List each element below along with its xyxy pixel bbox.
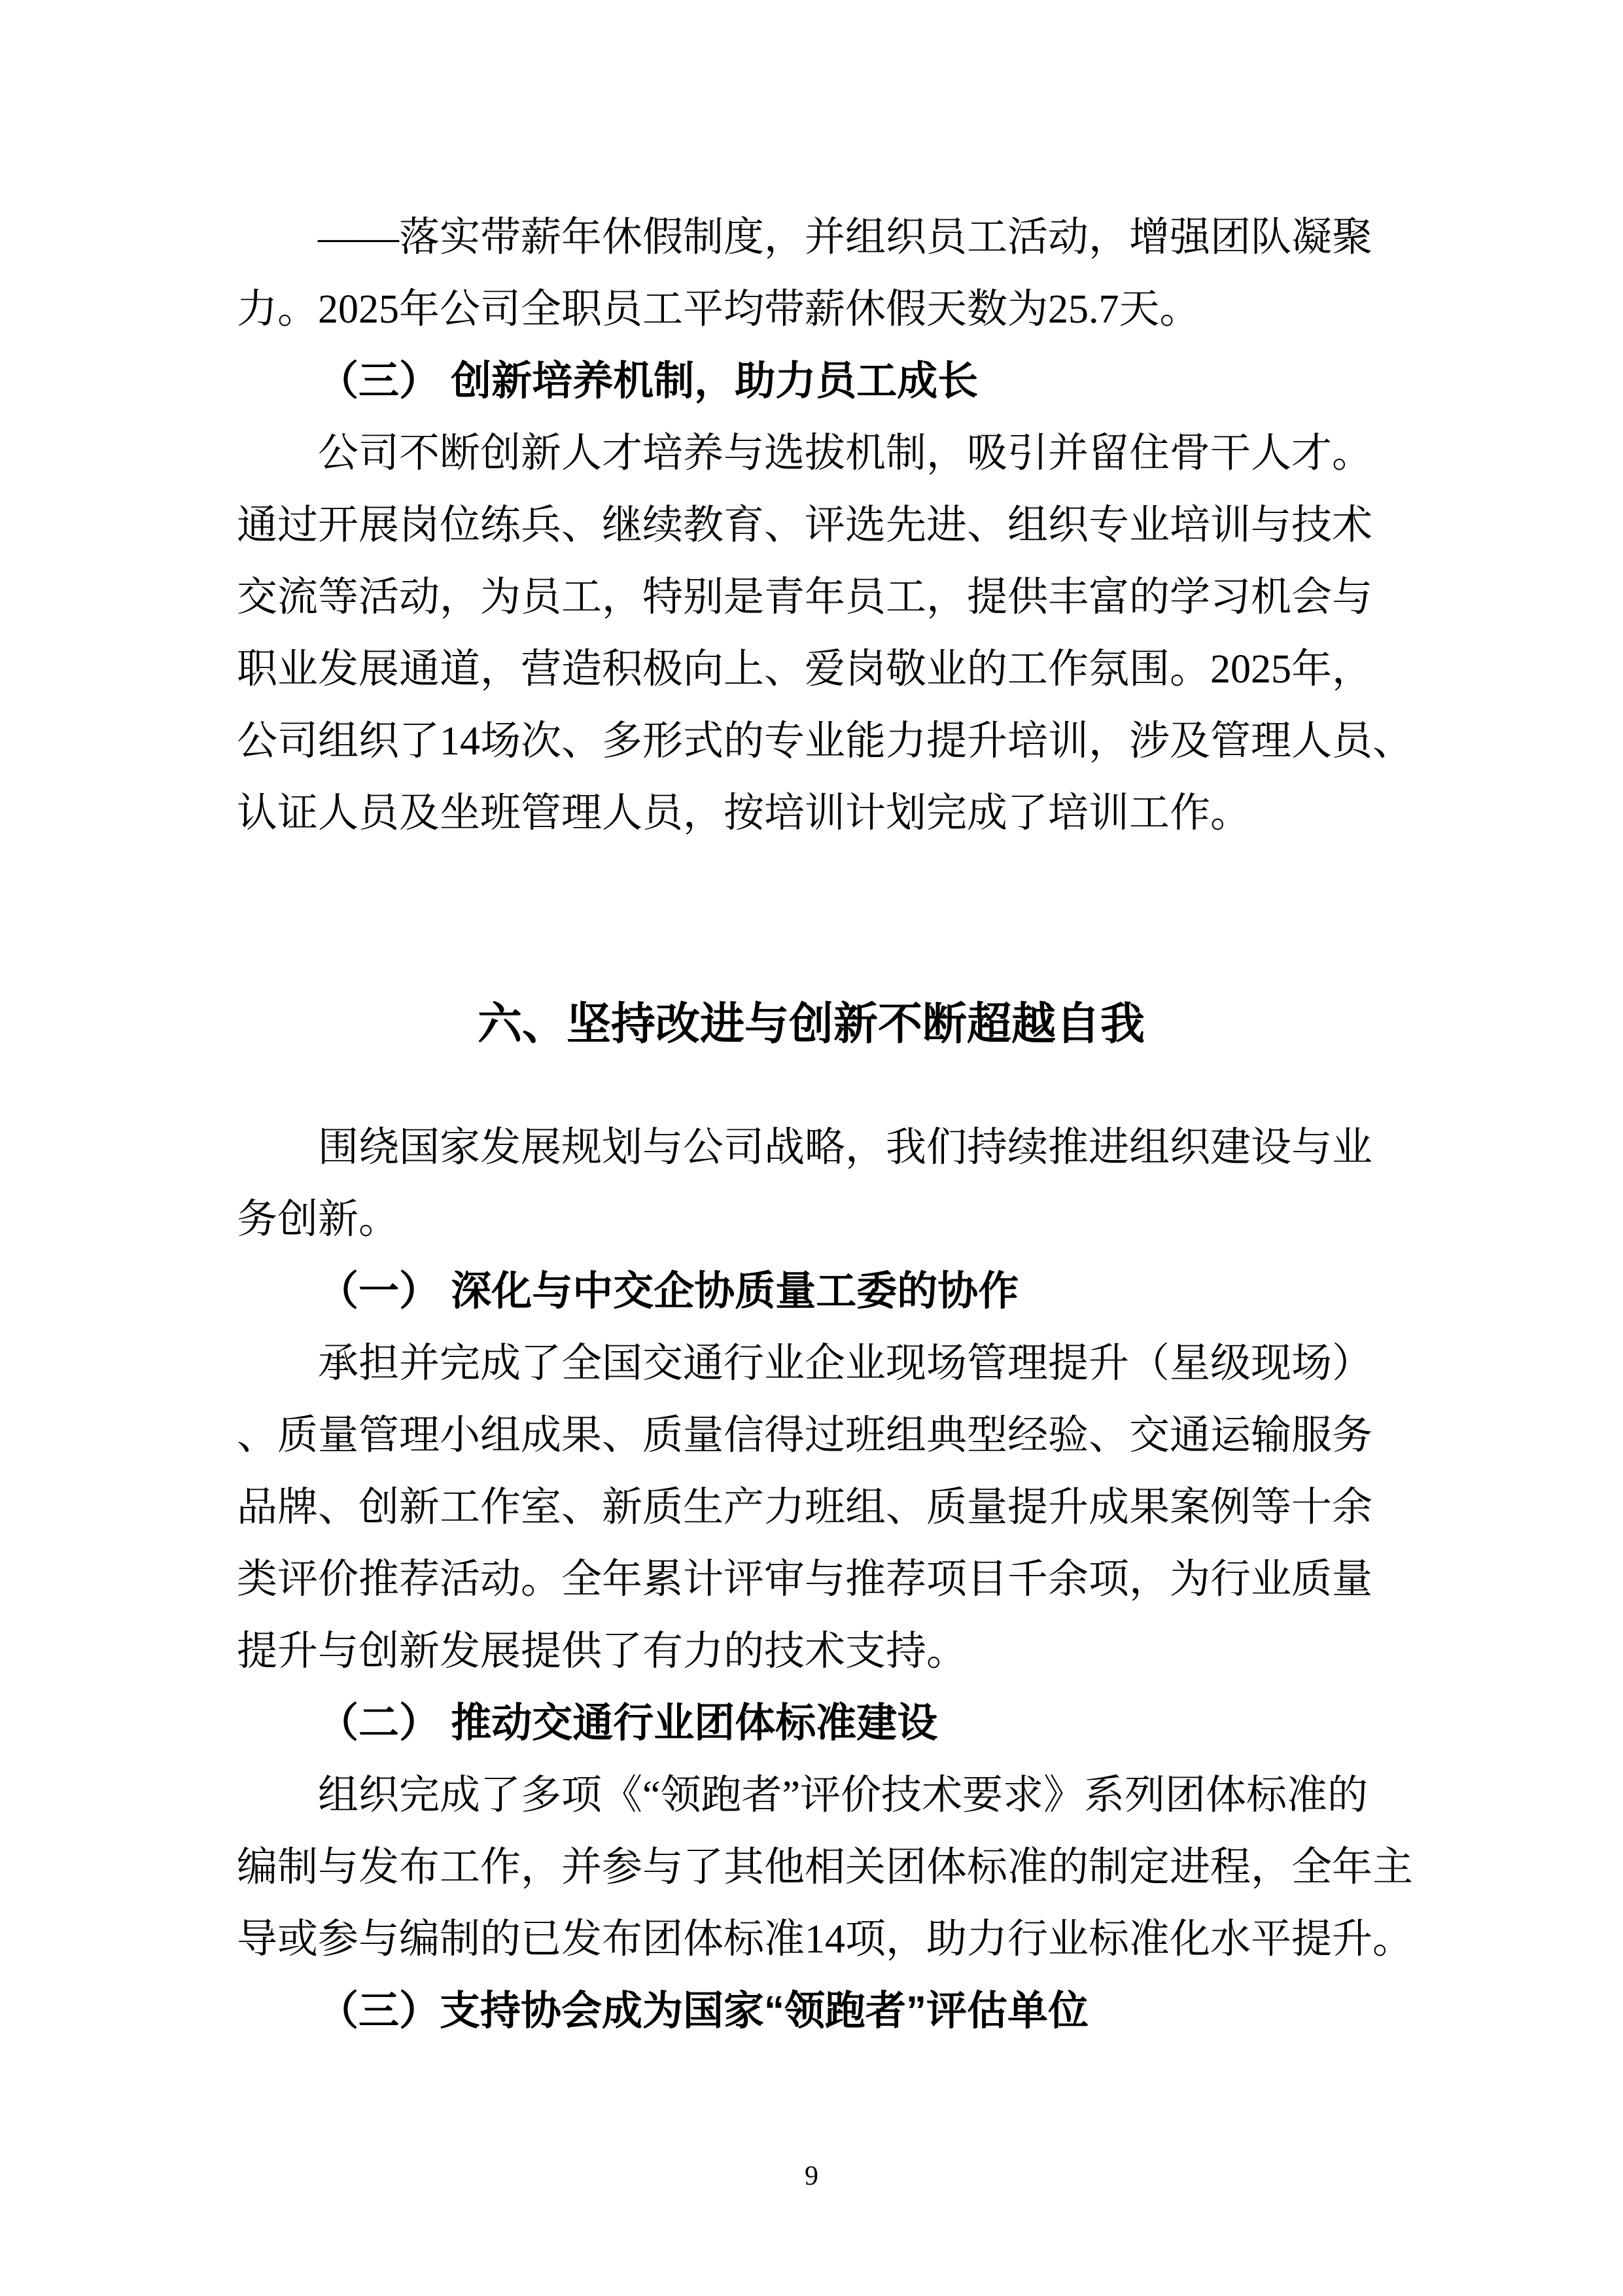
text-line: 导或参与编制的已发布团体标准14项，助力行业标准化水平提升。 bbox=[237, 1903, 1386, 1975]
text-line: 编制与发布工作，并参与了其他相关团体标准的制定进程，全年主 bbox=[237, 1831, 1386, 1903]
text-line: 类评价推荐活动。全年累计评审与推荐项目千余项，为行业质量 bbox=[237, 1544, 1386, 1616]
text-line: 力。2025年公司全职员工平均带薪休假天数为25.7天。 bbox=[237, 274, 1386, 345]
text-line: 交流等活动，为员工，特别是青年员工，提供丰富的学习机会与 bbox=[237, 561, 1386, 633]
paragraph: ——落实带薪年休假制度，并组织员工活动，增强团队凝聚力。2025年公司全职员工平… bbox=[237, 202, 1386, 345]
text-line: 围绕国家发展规划与公司战略，我们持续推进组织建设与业 bbox=[237, 1112, 1386, 1184]
text-line: 、质量管理小组成果、质量信得过班组典型经验、交通运输服务 bbox=[237, 1400, 1386, 1472]
text-line: 通过开展岗位练兵、继续教育、评选先进、组织专业培训与技术 bbox=[237, 489, 1386, 561]
text-line: 公司组织了14场次、多形式的专业能力提升培训，涉及管理人员、 bbox=[237, 705, 1386, 777]
text-line: 认证人员及坐班管理人员，按培训计划完成了培训工作。 bbox=[237, 777, 1386, 849]
text-line: 公司不断创新人才培养与选拔机制，吸引并留住骨干人才。 bbox=[237, 417, 1386, 489]
chapter-heading: 六、坚持改进与创新不断超越自我 bbox=[237, 981, 1386, 1067]
text-line: 品牌、创新工作室、新质生产力班组、质量提升成果案例等十余 bbox=[237, 1472, 1386, 1544]
page-footer: 9 bbox=[0, 2161, 1623, 2192]
text-line: 承担并完成了全国交通行业企业现场管理提升（星级现场） bbox=[237, 1328, 1386, 1400]
text-line: 务创新。 bbox=[237, 1184, 1386, 1256]
paragraph: 公司不断创新人才培养与选拔机制，吸引并留住骨干人才。通过开展岗位练兵、继续教育、… bbox=[237, 417, 1386, 849]
document-page: ——落实带薪年休假制度，并组织员工活动，增强团队凝聚力。2025年公司全职员工平… bbox=[0, 0, 1623, 2296]
subsection-heading: （三）支持协会成为国家“领跑者”评估单位 bbox=[237, 1975, 1386, 2047]
text-line: 组织完成了多项《“领跑者”评价技术要求》系列团体标准的 bbox=[237, 1759, 1386, 1831]
page-number: 9 bbox=[805, 2161, 818, 2191]
paragraph: 承担并完成了全国交通行业企业现场管理提升（星级现场）、质量管理小组成果、质量信得… bbox=[237, 1328, 1386, 1687]
subsection-heading: （一） 深化与中交企协质量工委的协作 bbox=[237, 1256, 1386, 1328]
paragraph: 组织完成了多项《“领跑者”评价技术要求》系列团体标准的编制与发布工作，并参与了其… bbox=[237, 1759, 1386, 1975]
text-line: 提升与创新发展提供了有力的技术支持。 bbox=[237, 1616, 1386, 1687]
text-line: ——落实带薪年休假制度，并组织员工活动，增强团队凝聚 bbox=[237, 202, 1386, 274]
document-content: ——落实带薪年休假制度，并组织员工活动，增强团队凝聚力。2025年公司全职员工平… bbox=[237, 202, 1386, 2047]
subsection-heading: （二） 推动交通行业团体标准建设 bbox=[237, 1687, 1386, 1759]
subsection-heading: （三） 创新培养机制，助力员工成长 bbox=[237, 345, 1386, 417]
paragraph: 围绕国家发展规划与公司战略，我们持续推进组织建设与业务创新。 bbox=[237, 1112, 1386, 1256]
text-line: 职业发展通道，营造积极向上、爱岗敬业的工作氛围。2025年， bbox=[237, 633, 1386, 705]
